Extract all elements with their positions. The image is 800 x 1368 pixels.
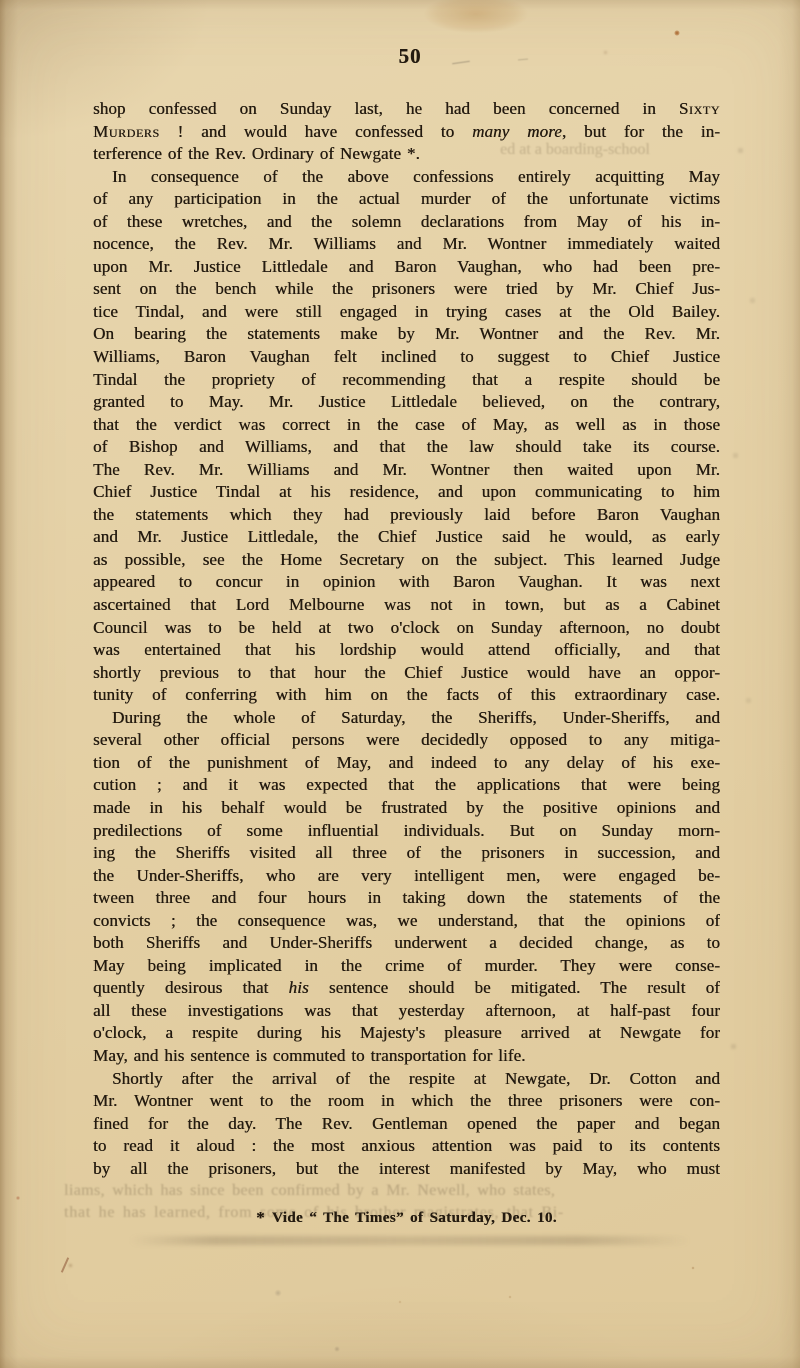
- footnote-text: Vide “ The Times” of Saturday, Dec. 10.: [272, 1210, 557, 1226]
- text-line: Mr. Wontner went to the room in which th…: [93, 1090, 720, 1113]
- text-line: The Rev. Mr. Williams and Mr. Wontner th…: [93, 459, 720, 482]
- text-line: made in his behalf would be frustrated b…: [93, 797, 720, 820]
- text-line: upon Mr. Justice Littledale and Baron Va…: [93, 256, 720, 279]
- text-line: Shortly after the arrival of the respite…: [93, 1068, 720, 1091]
- text-line: granted to May. Mr. Justice Littledale b…: [93, 391, 720, 414]
- text-line: May, and his sentence is commuted to tra…: [93, 1045, 720, 1068]
- text-line: tion of the punishment of May, and indee…: [93, 752, 720, 775]
- text-line: Tindal the propriety of recommending tha…: [93, 369, 720, 392]
- text-line: was entertained that his lordship would …: [93, 639, 720, 662]
- text-line: convicts ; the consequence was, we under…: [93, 910, 720, 933]
- text-line: fined for the day. The Rev. Gentleman op…: [93, 1113, 720, 1136]
- text-line: of any participation in the actual murde…: [93, 188, 720, 211]
- text-line: several other official persons were deci…: [93, 729, 720, 752]
- text-line: May being implicated in the crime of mur…: [93, 955, 720, 978]
- page-body: shop confessed on Sunday last, he had be…: [93, 98, 720, 1180]
- text-line: the Under-Sheriffs, who are very intelli…: [93, 865, 720, 888]
- text-line: In consequence of the above confessions …: [93, 166, 720, 189]
- text-line: nocence, the Rev. Mr. Williams and Mr. W…: [93, 233, 720, 256]
- text-line: sent on the bench while the prisoners we…: [93, 278, 720, 301]
- text-line: by all the prisoners, but the interest m…: [93, 1158, 720, 1181]
- paper-specks: [0, 0, 1, 1]
- book-page-scan: 50 ed at a boarding-school shop confesse…: [0, 0, 800, 1368]
- text-line: predilections of some influential indivi…: [93, 820, 720, 843]
- text-line: the statements which they had previously…: [93, 504, 720, 527]
- text-line: tween three and four hours in taking dow…: [93, 887, 720, 910]
- text-line: Council was to be held at two o'clock on…: [93, 617, 720, 640]
- text-line: both Sheriffs and Under-Sheriffs underwe…: [93, 932, 720, 955]
- paper-scratch: [61, 1257, 69, 1272]
- text-line: On bearing the statements make by Mr. Wo…: [93, 323, 720, 346]
- bleedthrough-smudge: [130, 1236, 690, 1245]
- text-line: as possible, see the Home Secretary on t…: [93, 549, 720, 572]
- text-line: o'clock, a respite during his Majesty's …: [93, 1022, 720, 1045]
- text-line: ascertained that Lord Melbourne was not …: [93, 594, 720, 617]
- bleedthrough-text-line: liams, which has since been confirmed by…: [64, 1182, 764, 1200]
- page-number: 50: [380, 44, 440, 69]
- footnote-asterisk: *: [256, 1208, 265, 1227]
- text-line: ing the Sheriffs visited all three of th…: [93, 842, 720, 865]
- text-line: of Bishop and Williams, and that the law…: [93, 436, 720, 459]
- text-line: Chief Justice Tindal at his residence, a…: [93, 481, 720, 504]
- text-line: cution ; and it was expected that the ap…: [93, 774, 720, 797]
- text-line: and Mr. Justice Littledale, the Chief Ju…: [93, 526, 720, 549]
- text-line: shop confessed on Sunday last, he had be…: [93, 98, 720, 121]
- text-line: all these investigations was that yester…: [93, 1000, 720, 1023]
- text-line: Murders ! and would have confessed to ma…: [93, 121, 720, 144]
- footnote: *Vide “ The Times” of Saturday, Dec. 10.: [93, 1207, 720, 1227]
- text-line: During the whole of Saturday, the Sherif…: [93, 707, 720, 730]
- text-line: of these wretches, and the solemn declar…: [93, 211, 720, 234]
- text-line: terference of the Rev. Ordinary of Newga…: [93, 143, 720, 166]
- text-line: tunity of conferring with him on the fac…: [93, 684, 720, 707]
- text-line: to read it aloud : the most anxious atte…: [93, 1135, 720, 1158]
- text-line: appeared to concur in opinion with Baron…: [93, 571, 720, 594]
- text-line: tice Tindal, and were still engaged in t…: [93, 301, 720, 324]
- text-line: that the verdict was correct in the case…: [93, 414, 720, 437]
- pencil-mark: [518, 59, 528, 61]
- text-line: shortly previous to that hour the Chief …: [93, 662, 720, 685]
- pencil-mark: [452, 61, 470, 64]
- text-line: quently desirous that his sentence shoul…: [93, 977, 720, 1000]
- text-line: Williams, Baron Vaughan felt inclined to…: [93, 346, 720, 369]
